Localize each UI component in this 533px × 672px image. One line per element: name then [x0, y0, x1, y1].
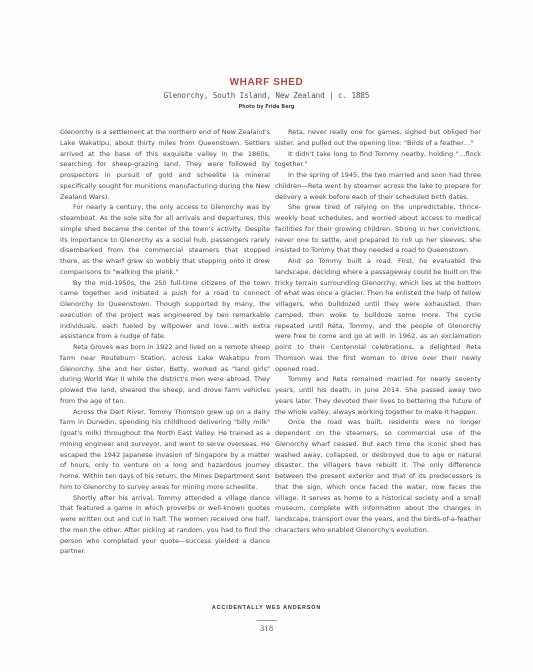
- paragraph: Across the Dart River, Tommy Thomson gre…: [60, 407, 270, 493]
- right-column: Reta, never really one for games, sighed…: [275, 127, 481, 536]
- paragraph: Tommy and Reta remained married for near…: [275, 374, 481, 417]
- book-title-footer: ACCIDENTALLY WES ANDERSON: [0, 605, 533, 611]
- photo-credit: Photo by Frida Berg: [0, 104, 533, 110]
- paragraph: It didn't take long to find Tommy nearby…: [275, 149, 481, 171]
- article-title: WHARF SHED: [0, 77, 533, 88]
- paragraph: Reta Groves was born in 1922 and lived o…: [60, 342, 270, 407]
- footer-divider: [257, 620, 277, 621]
- paragraph: Once the road was built, residents were …: [275, 417, 481, 535]
- paragraph: Shortly after his arrival, Tommy attende…: [60, 493, 270, 558]
- book-page: WHARF SHED Glenorchy, South Island, New …: [0, 0, 533, 672]
- paragraph: And so Tommy built a road. First, he eva…: [275, 256, 481, 374]
- paragraph: By the mid-1950s, the 250 full-time citi…: [60, 278, 270, 343]
- left-column: Glenorchy is a settlement at the norther…: [60, 127, 270, 557]
- paragraph: In the spring of 1945, the two married a…: [275, 170, 481, 202]
- paragraph: She grew tired of relying on the unpredi…: [275, 202, 481, 256]
- paragraph: Reta, never really one for games, sighed…: [275, 127, 481, 149]
- paragraph: For nearly a century, the only access to…: [60, 202, 270, 277]
- location-subtitle: Glenorchy, South Island, New Zealand | c…: [0, 91, 533, 100]
- paragraph: Glenorchy is a settlement at the norther…: [60, 127, 270, 202]
- page-number: 318: [0, 625, 533, 633]
